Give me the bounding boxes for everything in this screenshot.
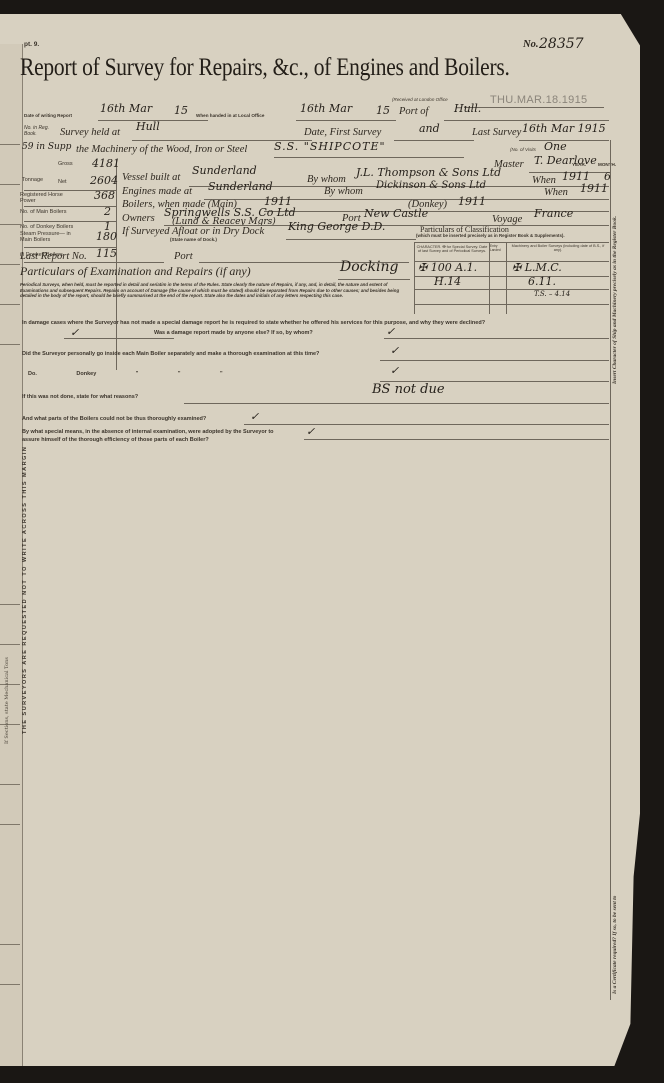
built-at-value: Sunderland (192, 164, 257, 177)
survey-held-value: Hull (136, 120, 160, 133)
question-2: Was a damage report made by anyone else?… (154, 330, 313, 336)
port-label: Port of (399, 106, 428, 117)
engines-when-label: When (544, 187, 568, 198)
voyage-label: Voyage (492, 214, 522, 225)
classification-row-2-machinery: 6.11. (528, 275, 556, 288)
answer-3: ✓ (390, 344, 399, 357)
answer-4: ✓ (390, 364, 399, 377)
classification-row-1-machinery: ✠ L.M.C. (512, 261, 562, 274)
examination-instructions: Periodical Surveys, when held, must be r… (20, 282, 410, 299)
last-port-label: Port (174, 251, 193, 262)
report-no: 28357 (539, 36, 584, 52)
handed-value: 16th Mar (300, 102, 352, 115)
last-survey-label: Last Survey (472, 127, 521, 138)
date-writing-label: Date of writing Report (24, 113, 72, 118)
built-when-label: When (532, 175, 556, 186)
visits-value: One (544, 140, 567, 153)
classification-subtitle: (which must be inserted precisely as in … (416, 233, 616, 238)
right-margin-top-note: Insert Character of Ship and Machinery p… (612, 154, 618, 384)
steam-main-label: Steam Pressure— in Main Boilers (20, 231, 80, 243)
date-first-value: and (419, 122, 440, 135)
reg-book-label: No. in Reg. Book. (24, 125, 54, 137)
owners-label: Owners (122, 213, 155, 224)
question-1: In damage cases where the Surveyor has n… (22, 318, 607, 329)
built-by-label: By whom (307, 174, 346, 185)
master-value: T. Dearlove (534, 154, 597, 167)
boilers-donkey-value: 1911 (458, 195, 486, 208)
engines-when-value: 1911 (580, 182, 608, 195)
question-6: And what parts of the Boilers could not … (22, 416, 206, 422)
year-label: YEAR. (572, 162, 586, 167)
gross-label: Gross (58, 161, 73, 167)
particulars-label: Particulars of Examination and Repairs (… (20, 264, 251, 279)
date-writing-value: 16th Mar (100, 102, 152, 115)
steam-donkey-value: 115 (96, 247, 117, 260)
built-by-value: J.L. Thompson & Sons Ltd (356, 166, 501, 179)
visits-label: (No. of Visits (510, 147, 536, 152)
document-title: Report of Survey for Repairs, &c., of En… (20, 54, 510, 82)
voyage-value: France (534, 207, 573, 220)
classification-row-2-character: H.14 (434, 275, 461, 288)
classification-row-3-machinery: T.S. – 4.14 (534, 290, 570, 298)
received-label: (Received at London Office (392, 97, 448, 102)
question-5: If this was not done, state for what rea… (22, 394, 138, 400)
main-boilers-label: No. of Main Boilers (20, 209, 66, 215)
last-report-label: Last Report No. (20, 251, 87, 262)
handed-year: 15 (376, 104, 390, 117)
classification-col2-header: Entry Landed (490, 244, 506, 252)
report-no-label: No. (523, 39, 538, 50)
owner-port-value: New Castle (364, 207, 428, 220)
reg-book-value: 59 in Supp (22, 142, 71, 152)
net-value: 2604 (90, 174, 118, 187)
classification-row-1-character: ✠ 100 A.1. (418, 261, 477, 274)
handed-label: When handed in at Local Office (196, 113, 264, 118)
left-margin-note: If Sections, state Mechanical Tons (4, 624, 10, 744)
particulars-value: Docking (340, 259, 398, 275)
hp-value: 368 (94, 189, 115, 202)
engines-at-label: Engines made at (122, 186, 192, 197)
classification-col3-header: Machinery and Boiler Surveys (including … (510, 244, 606, 252)
built-at-label: Vessel built at (122, 172, 180, 183)
dry-dock-label: If Surveyed Afloat or in Dry Dock (122, 226, 264, 237)
date-first-label: Date, First Survey (304, 127, 381, 138)
right-margin-bottom-note: Is a Certificate required? If so, to be … (612, 814, 618, 994)
date-writing-year: 15 (174, 104, 188, 117)
engines-at-value: Sunderland (208, 180, 273, 193)
engines-by-value: Dickinson & Sons Ltd (376, 180, 486, 191)
question-7: By what special means, in the absence of… (22, 428, 292, 444)
main-boilers-value: 2 (104, 205, 111, 218)
dry-dock-sub: (State name of Dock.) (170, 237, 217, 242)
hp-label: Registered Horse Power (20, 192, 65, 204)
machinery-label: the Machinery of the Wood, Iron or Steel (76, 144, 247, 155)
answer-7: ✓ (306, 425, 315, 438)
donkey-boilers-label: No. of Donkey Boilers (20, 224, 73, 230)
dry-dock-value: King George D.D. (288, 220, 385, 233)
steam-main-value: 180 (96, 230, 117, 243)
survey-report-page: If Sections, state Mechanical Tons THE S… (0, 14, 640, 1066)
question-4: Do. Donkey " " " (28, 371, 223, 377)
question-3: Did the Surveyor personally go inside ea… (22, 351, 319, 357)
received-stamp: THU.MAR.18.1915 (490, 94, 587, 106)
last-survey-value: 16th Mar 1915 (522, 122, 606, 135)
margin-instruction: THE SURVEYORS ARE REQUESTED NOT TO WRITE… (22, 314, 28, 734)
vessel-name: S.S. "SHIPCOTE" (274, 140, 386, 153)
gross-value: 4181 (92, 157, 120, 170)
net-label: Net (58, 179, 67, 185)
answer-5: BS not due (372, 382, 445, 397)
survey-held-label: Survey held at (60, 127, 120, 138)
port-value: Hull. (454, 102, 481, 115)
tonnage-label: Tonnage (22, 177, 43, 183)
form-number: pt. 9. (24, 41, 39, 48)
answer-2: ✓ (386, 325, 395, 338)
answer-6: ✓ (250, 410, 259, 423)
classification-col1-header: CHARACTER. ✠ for Special Survey. Date of… (416, 244, 488, 253)
engines-by-label: By whom (324, 186, 363, 197)
